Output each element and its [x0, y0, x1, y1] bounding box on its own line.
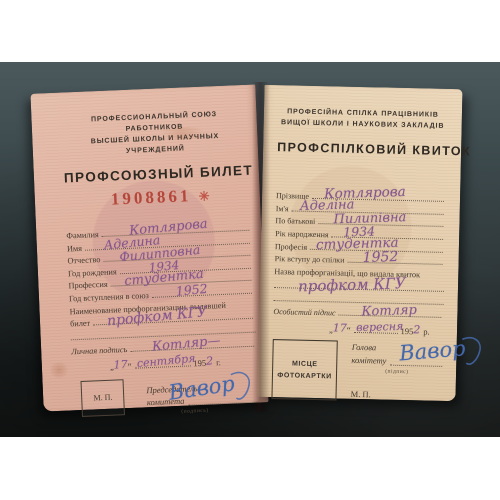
photo-placeholder-box: МІСЦЕ ФОТОКАРТКИ [271, 339, 337, 400]
handwritten-year-digit: 2 [413, 324, 420, 337]
issue-date: „ 17 “ вересня 195 2 р. [273, 318, 443, 337]
right-fields: Прізвище Котлярова Ім'я Аделіна По батьк… [271, 188, 446, 404]
left-doc-title: ПРОФСОЮЗНЫЙ БИЛЕТ [64, 163, 249, 186]
dotted-line [188, 394, 258, 406]
signature-flourish-icon [460, 334, 489, 370]
booklet-fold-shadow [252, 82, 270, 412]
left-bottom-block: М. П. Председатель комитета (подпись) Ва… [73, 373, 260, 420]
dotted-line [339, 307, 442, 318]
signature-hint-label: (підпис) [385, 368, 442, 378]
printed-year: 195 [400, 326, 413, 336]
field-label: Особистий підпис [273, 307, 335, 317]
right-bottom-block: МІСЦЕ ФОТОКАРТКИ Голова комітету (підпис… [271, 339, 442, 403]
chairman-block: Голова комітету (підпис) [351, 341, 443, 377]
chairman-block: Председатель комитета (подпись) [146, 373, 259, 417]
open-booklet: ПРОФЕССИОНАЛЬНЫЙ СОЮЗ РАБОТНИКОВ ВЫСШЕЙ … [0, 62, 500, 437]
handwritten-month: вересня [355, 320, 403, 334]
photo-box-label: ФОТОКАРТКИ [277, 372, 332, 380]
member-number: 1908861 ✳ [111, 184, 251, 210]
left-fields: Фамилия Котлярова Имя Аделина Отчество Ф… [66, 220, 259, 421]
handwritten-month: сентября [136, 351, 196, 369]
dotted-line [332, 228, 444, 240]
era-label: р. [423, 327, 430, 337]
left-page-russian: ПРОФЕССИОНАЛЬНЫЙ СОЮЗ РАБОТНИКОВ ВЫСШЕЙ … [30, 84, 268, 411]
printed-year: 195 [193, 357, 206, 368]
dotted-line [274, 289, 444, 305]
field-label: Личная подпись [71, 345, 127, 356]
table-background: ПРОФЕССИОНАЛЬНЫЙ СОЮЗ РАБОТНИКОВ ВЫСШЕЙ … [0, 62, 500, 437]
quote-mark: “ [127, 361, 131, 371]
dotted-line [310, 241, 443, 253]
right-doc-title: ПРОФСПІЛКОВИЙ КВИТОК [277, 140, 447, 158]
dotted-line: вересня [354, 324, 398, 334]
member-number-value: 1908861 [111, 187, 192, 209]
dotted-line [390, 357, 442, 367]
dotted-line [312, 190, 444, 202]
field-label: Ім'я [276, 204, 289, 213]
right-page-ukrainian: ПРОФЕСІЙНА СПІЛКА ПРАЦІВНИКІВ ВИЩОЇ ШКОЛ… [257, 85, 462, 401]
dotted-line [130, 337, 254, 351]
handwritten-year-digit: 2 [206, 354, 214, 367]
era-label: г. [216, 357, 221, 367]
field-row-personal-signature: Особистий підпис Котляр [273, 304, 443, 320]
handwritten-day: 17 [333, 322, 347, 335]
paper-stain [48, 362, 70, 378]
photo-box-label: МІСЦЕ [292, 360, 318, 368]
quote-mark: “ [347, 325, 351, 335]
dotted-line [318, 216, 443, 228]
field-label: билет [70, 319, 90, 329]
stamp-box: М. П. [80, 379, 125, 417]
star-mark-icon: ✳ [198, 189, 210, 204]
dotted-line [347, 254, 442, 265]
chairman-label: комітету [351, 354, 386, 368]
right-org-name: ПРОФЕСІЙНА СПІЛКА ПРАЦІВНИКІВ ВИЩОЇ ШКОЛ… [278, 107, 448, 133]
dotted-line [152, 285, 252, 298]
handwritten-day: 17 [113, 358, 128, 372]
stamp-place-label: М. П. [351, 389, 442, 401]
chairman-label: комитета [147, 395, 185, 409]
dotted-line: сентября [134, 357, 190, 368]
photo-of-union-card: ПРОФЕССИОНАЛЬНЫЙ СОЮЗ РАБОТНИКОВ ВЫСШЕЙ … [0, 0, 500, 500]
